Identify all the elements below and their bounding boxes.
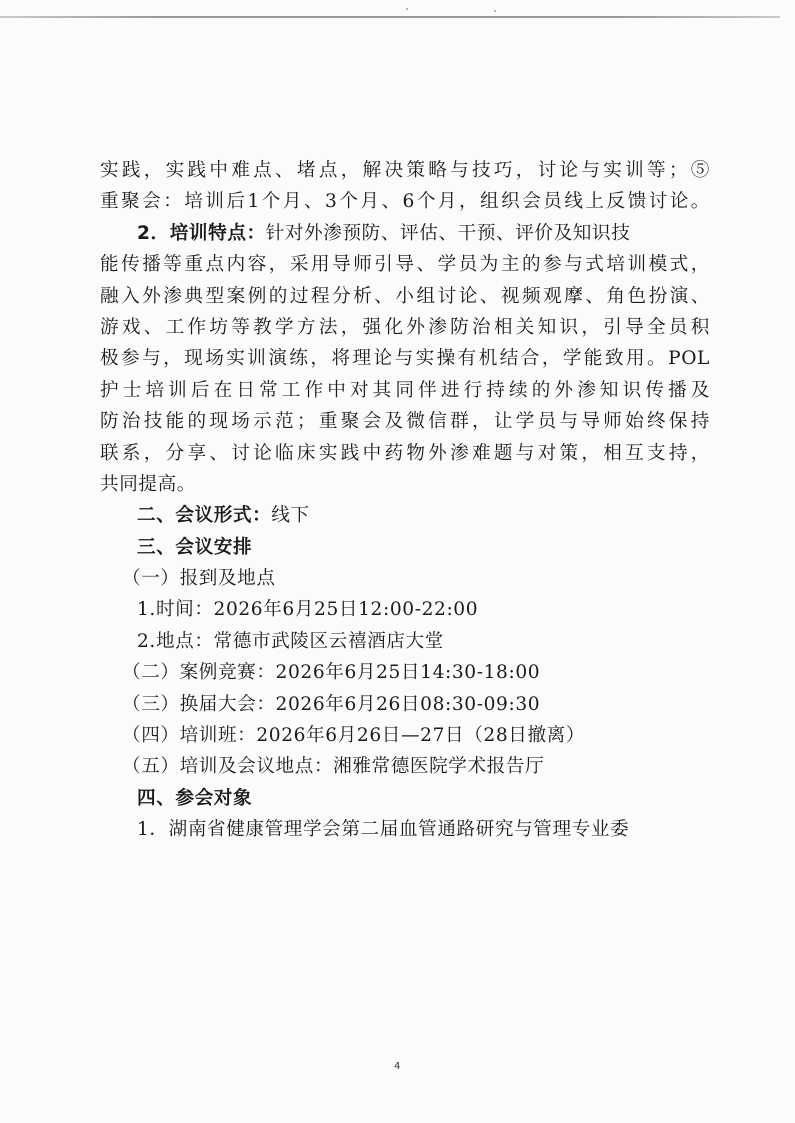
section-meeting-format: 二、会议形式：线下 [100,500,710,531]
section-value: 线下 [271,505,309,526]
paragraph-line: 实践，实践中难点、堵点，解决策略与技巧，讨论与实训等；⑤ [100,155,710,186]
paragraph-line: 共同提高。 [100,469,710,500]
paragraph-line: 联系，分享、讨论临床实践中药物外渗难题与对策，相互支持， [100,438,710,469]
training-features-line: 2．培训特点：针对外渗预防、评估、干预、评价及知识技 [100,218,710,249]
training-features-label: 2．培训特点： [137,223,266,244]
subsection-line: （四）培训班：2026年6月26日—27日（28日撤离） [100,720,710,751]
section-meeting-arrangement: 三、会议安排 [100,532,710,563]
subsection-line: （三）换届大会：2026年6月26日08:30-09:30 [100,689,710,720]
paragraph-line: 融入外渗典型案例的过程分析、小组讨论、视频观摩、角色扮演、 [100,281,710,312]
paragraph-line: 防治技能的现场示范；重聚会及微信群，让学员与导师始终保持 [100,406,710,437]
section-heading: 二、会议形式： [137,505,271,526]
subsection-line: （五）培训及会议地点：湘雅常德医院学术报告厅 [100,751,710,782]
paragraph-line: 护士培训后在日常工作中对其同伴进行持续的外渗知识传播及 [100,375,710,406]
scan-artifact [406,8,408,10]
section-heading: 四、参会对象 [137,788,252,809]
paragraph-line: 极参与，现场实训演练，将理论与实操有机结合，学能致用。POL [100,343,710,374]
document-body: 实践，实践中难点、堵点，解决策略与技巧，讨论与实训等；⑤ 重聚会：培训后1个月、… [100,155,710,846]
scan-top-edge [0,16,780,18]
subsection-line: （一）报到及地点 [100,563,710,594]
page-number: 4 [394,1061,400,1072]
subsection-line: （二）案例竞赛：2026年6月25日14:30-18:00 [100,657,710,688]
scan-artifact [494,10,496,12]
paragraph-text: 针对外渗预防、评估、干预、评价及知识技 [266,223,631,244]
paragraph-line: 能传播等重点内容，采用导师引导、学员为主的参与式培训模式， [100,249,710,280]
section-heading: 三、会议安排 [137,537,252,558]
list-item: 2.地点：常德市武陵区云禧酒店大堂 [100,626,710,657]
section-participants: 四、参会对象 [100,783,710,814]
paragraph-line: 重聚会：培训后1个月、3个月、6个月，组织会员线上反馈讨论。 [100,186,710,217]
list-item: 1.时间：2026年6月25日12:00-22:00 [100,594,710,625]
list-item: 1．湖南省健康管理学会第二届血管通路研究与管理专业委 [100,814,710,845]
paragraph-line: 游戏、工作坊等教学方法，强化外渗防治相关知识，引导全员积 [100,312,710,343]
